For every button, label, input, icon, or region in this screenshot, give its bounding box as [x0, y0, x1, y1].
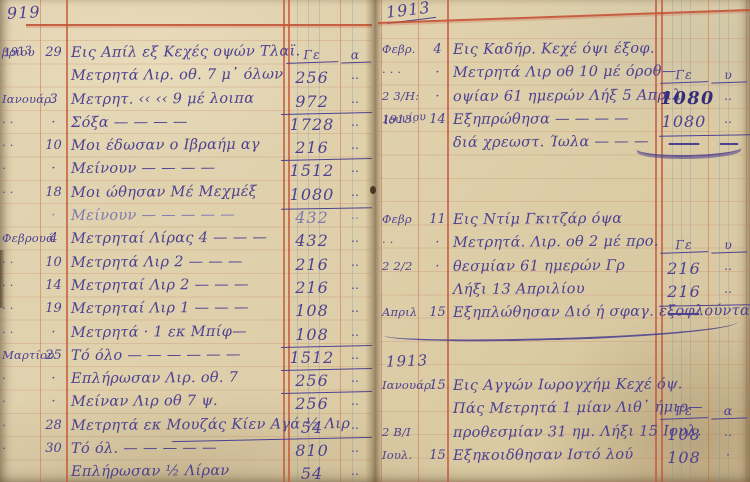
page-edge-shadow [0, 250, 5, 308]
cell-amount: 108 [660, 425, 708, 444]
cell-day: · [41, 371, 66, 386]
ledger-row: Μετρητά Λιρ. οθ. 7 μ᾽ όλων256‥ [0, 68, 372, 91]
cell-amount: 54 [286, 464, 338, 482]
cell-desc: Μετρηταί Λιρ 2 — — — [71, 277, 249, 294]
cell-desc: Πάς Μετρητά 1 μίαν Λιθ᾽ ήμιρ— [453, 400, 658, 417]
cell-amount: 1080 [660, 112, 708, 131]
cell-desc: Μείνουν — — — — — [71, 207, 235, 224]
cell-month: 2 Β/Ι [382, 425, 424, 439]
cell-day: · [41, 394, 66, 409]
ledger-row: · ·10Μοι έδωσαν ο Ιβραήμ αγ216‥ [0, 138, 372, 161]
cell-day: 11 [426, 212, 449, 227]
cell-desc: Μετρηταί Λίρας 4 — — — [71, 230, 267, 247]
cell-month: Φεβρ [382, 212, 424, 226]
ledger-row: · ··Μετρητά. Λιρ. οθ 2 μέ προ.Γευ [378, 235, 750, 258]
cell-month: · · [2, 138, 39, 152]
cell-month: · · [2, 115, 39, 129]
ledger-row: · ·18Μοι ώθησαν Μέ Μεχμέξ1080‥ [0, 185, 372, 208]
cell-desc: Τό όλο — — — — — — [71, 347, 241, 364]
amount-column-header: υ [711, 67, 748, 84]
cell-amount: 1080 [286, 185, 338, 204]
paper-hole [370, 186, 376, 194]
cell-desc: Εις Απίλ εξ Κεχές οψών Τλαϊ. [71, 43, 286, 61]
cell-day: 14 [41, 278, 66, 293]
cell-amount: 1512 [286, 161, 338, 180]
cell-day: 3 [41, 92, 66, 107]
cell-desc: Μοι έδωσαν ο Ιβραήμ αγ [71, 137, 260, 154]
cell-desc: Μετρητά Λιρ 2 — — — [71, 253, 243, 270]
cell-day: 18 [41, 185, 66, 200]
cell-desc: Μετρητά Λιρ. οθ. 7 μ᾽ όλων [71, 67, 283, 84]
cell-desc: Εις Αγγών Ιωρογχήμ Κεχέ όψ. [453, 377, 658, 394]
cell-cents: ‥ [711, 425, 747, 439]
cell-amount: 216 [286, 138, 338, 157]
cell-month: · · [2, 255, 39, 269]
cell-desc: Μείνουν — — — — [71, 160, 216, 177]
cell-amount: 972 [286, 92, 338, 111]
cell-month: · · [2, 278, 39, 292]
cell-cents: ‥ [711, 259, 747, 273]
cell-amount: 1728 [286, 115, 338, 134]
cell-amount: 432 [286, 208, 338, 227]
cell-month: Ιανουάρ. [2, 92, 39, 106]
cell-day: 19 [41, 301, 66, 316]
cell-cents: ‥ [711, 282, 747, 296]
cell-day: · [41, 325, 66, 340]
cell-desc: Σόξα — — — — [71, 114, 188, 131]
cell-day: 14 [426, 112, 449, 127]
ledger-row: · ·14Μετρηταί Λιρ 2 — — —216‥ [0, 278, 372, 301]
cell-day: · [426, 259, 449, 274]
cell-month: · · [2, 185, 39, 199]
ledger-row: Μαρτίου25Τό όλο — — — — — —1512‥ [0, 348, 372, 371]
amount-column-header: α [711, 403, 748, 420]
cell-desc: Μετρητ. ‹‹ ‹‹ 9 μέ λοιπα [71, 90, 254, 107]
cell-month: Ιανουάρ [382, 378, 424, 392]
cell-day: · [426, 65, 449, 80]
cell-cents: · [711, 448, 747, 462]
ledger-row: Πάς Μετρητά 1 μίαν Λιθ᾽ ήμιρ—Γεα [378, 401, 750, 424]
cell-day: · [426, 235, 449, 250]
cell-desc: Μετρητά εκ Μουζάς Κίεν Αγά ½ Λιρ [71, 416, 286, 434]
ledger-row: · · ··Μετρητά Λιρ οθ 10 μέ όροθ—Γευ [378, 65, 750, 88]
ledger-rows-right-top: Φεβρ.4Εις Καδήρ. Κεχέ όψι έξοφ.· · ··Μετ… [378, 42, 750, 158]
cell-desc: Εις Καδήρ. Κεχέ όψι έξοφ. [453, 41, 655, 58]
cell-day: · [41, 161, 66, 176]
cell-month: · [2, 441, 39, 455]
year-heading-left: 919 [7, 2, 41, 23]
cell-cents: ‥ [711, 112, 747, 126]
ledger-row: ··Μείναν Λιρ οθ 7 ψ.256‥ [0, 394, 372, 417]
year-heading-right-2: 1913 [386, 351, 429, 370]
cell-desc: Μοι ώθησαν Μέ Μεχμέξ [71, 183, 257, 200]
cell-month: · [2, 418, 39, 432]
cell-amount: 256 [286, 371, 338, 390]
cell-day: 28 [41, 418, 66, 433]
cell-day: 15 [426, 448, 449, 463]
cell-day: 15 [426, 378, 449, 393]
ledger-row: ··Μείνουν — — — —1512‥ [0, 161, 372, 184]
cell-month: Φεβρουά [2, 231, 39, 245]
cell-month: · · [2, 301, 39, 315]
ledger-rows-right-middle: Φεβρ11Εις Ντίμ Γκιτζάρ όψα· ··Μετρητά. Λ… [378, 212, 750, 328]
cell-amount: 216 [660, 259, 708, 278]
ledger-row: ··Επλήρωσαν Λιρ. οθ. 7256‥ [0, 371, 372, 394]
cell-desc: Μετρητά Λιρ οθ 10 μέ όροθ— [453, 64, 658, 81]
cell-desc: οψίαν 61 ημερών Λήξ 5 Απριλ. [453, 87, 658, 104]
ledger-left-page: 919 βρίου191329Εις Απίλ εξ Κεχές οψών Τλ… [0, 0, 372, 482]
cell-cents: ‥ [711, 89, 747, 103]
cell-desc: Επλήρωσαν ½ Λίραν [71, 463, 230, 480]
cell-month: · [2, 161, 39, 175]
cell-amount: 216 [286, 255, 338, 274]
ledger-row: 2 Β/Ιπροθεσμίαν 31 ημ. Λήξι 15 Ιουλ.108‥ [378, 425, 750, 448]
cell-month: · · [382, 235, 424, 249]
cell-day: 10 [41, 255, 66, 270]
ledger-photo: 919 βρίου191329Εις Απίλ εξ Κεχές οψών Τλ… [0, 0, 750, 482]
cell-amount: 54 [286, 418, 338, 437]
ledger-row: · ··Μετρητά · 1 εκ Μπίφ—108‥ [0, 325, 372, 348]
cell-day: 30 [41, 441, 66, 456]
ledger-right-page: 1913 Φεβρ.4Εις Καδήρ. Κεχέ όψι έξοφ.· · … [378, 0, 750, 482]
ledger-row: 2 3/Η:·οψίαν 61 ημερών Λήξ 5 Απριλ.1080‥ [378, 89, 750, 112]
cell-month: Ιουλ. [382, 448, 424, 462]
ledger-row: Επλήρωσαν ½ Λίραν54‥ [0, 464, 372, 482]
ledger-row: 2 2/2·θεσμίαν 61 ημερών Γρ216‥ [378, 259, 750, 282]
ledger-row: Ιανουάρ15Εις Αγγών Ιωρογχήμ Κεχέ όψ. [378, 378, 750, 401]
cell-amount: 216 [286, 278, 338, 297]
cell-desc: Μετρητά · 1 εκ Μπίφ— [71, 323, 247, 340]
amount-column-header: Γε [660, 236, 709, 254]
ledger-row: Ιανουάρ.3Μετρητ. ‹‹ ‹‹ 9 μέ λοιπα972‥ [0, 92, 372, 115]
cell-amount: 108 [286, 325, 338, 344]
cell-month: Φεβρ. [382, 42, 424, 56]
cell-month: 2 3/Η: [382, 89, 424, 103]
cell-day: 10 [41, 138, 66, 153]
top-red-rule [26, 24, 372, 26]
cell-amount: ·· ·· [660, 307, 708, 322]
ledger-row: · ·19Μετρηταί Λιρ 1 — — —108‥ [0, 301, 372, 324]
cell-desc: Μετρηταί Λιρ 1 — — — [71, 300, 249, 317]
cell-amount: 810 [286, 441, 338, 460]
cell-amount: 216 [660, 282, 708, 301]
cell-month: 2 2/2 [382, 259, 424, 273]
cell-desc: θεσμίαν 61 ημερών Γρ [453, 257, 625, 274]
cell-amount: 1080 [660, 89, 708, 109]
ledger-row: · ··Σόξα — — — —1728‥ [0, 115, 372, 138]
cell-amount: 108 [660, 448, 708, 467]
cell-day: 4 [426, 42, 449, 57]
ledger-row: Φεβρ.4Εις Καδήρ. Κεχέ όψι έξοφ. [378, 42, 750, 65]
ledger-row: Λήξι 13 Απριλίου216‥ [378, 282, 750, 305]
ledger-row: · ·10Μετρητά Λιρ 2 — — —216‥ [0, 255, 372, 278]
cell-month: · · · [382, 65, 424, 79]
cell-day: · [426, 89, 449, 104]
amount-column-header: Γε [660, 402, 709, 420]
ledger-row: 1913.Ιουνίου14Εξηπρώθησα — — — —1080‥ [378, 112, 750, 135]
ledger-row: Φεβρουά4Μετρηταί Λίρας 4 — — —432‥ [0, 231, 372, 254]
cell-desc: Εξηπλώθησαν Διό ή σφαγ. εξοφλούνται [453, 304, 658, 321]
ledger-row: Ιουλ.15Εξηκοιδθησαν Ιστό λού108· [378, 448, 750, 471]
cell-amount: 256 [286, 394, 338, 413]
cell-day: 25 [41, 348, 66, 363]
cell-amount: 256 [286, 68, 338, 87]
cell-month: · [2, 371, 39, 385]
amount-column-header: Γε [286, 46, 339, 64]
cell-day: · [41, 208, 66, 223]
ledger-row: βρίου191329Εις Απίλ εξ Κεχές οψών Τλαϊ.Γ… [0, 45, 372, 68]
cell-month: · [2, 394, 39, 408]
cell-desc: Τό όλ. — — — — — [71, 440, 217, 457]
ledger-row: ·30Τό όλ. — — — — —810‥ [0, 441, 372, 464]
cell-desc: Επλήρωσαν Λιρ. οθ. 7 [71, 370, 238, 387]
cell-month: Απριλ [382, 305, 424, 319]
cell-desc: Λήξι 13 Απριλίου [453, 281, 585, 298]
cell-month: · · [2, 325, 39, 339]
ledger-rows-left: βρίου191329Εις Απίλ εξ Κεχές οψών Τλαϊ.Γ… [0, 45, 372, 482]
cell-desc: Μετρητά. Λιρ. οθ 2 μέ προ. [453, 234, 658, 251]
cell-day: · [41, 115, 66, 130]
cell-amount: 108 [286, 301, 338, 320]
cell-day: 15 [426, 305, 449, 320]
ledger-rows-right-bottom: Ιανουάρ15Εις Αγγών Ιωρογχήμ Κεχέ όψ.Πάς … [378, 378, 750, 471]
cell-desc: Μείναν Λιρ οθ 7 ψ. [71, 393, 218, 410]
amount-column-header: υ [711, 237, 748, 254]
cell-desc: Εξηκοιδθησαν Ιστό λού [453, 447, 634, 464]
cell-day: 29 [41, 45, 66, 60]
cell-desc: Εις Ντίμ Γκιτζάρ όψα [453, 211, 622, 228]
cell-day: 4 [41, 231, 66, 246]
cell-desc: προθεσμίαν 31 ημ. Λήξι 15 Ιουλ. [453, 423, 658, 440]
cell-desc: διά χρεωστ. Ίωλα — — — [453, 134, 649, 151]
cell-amount: 432 [286, 231, 338, 250]
cell-desc: Εξηπρώθησα — — — — [453, 111, 629, 128]
amount-column-header: Γε [660, 66, 709, 84]
cell-month: Μαρτίου [2, 348, 39, 362]
ledger-row: Φεβρ11Εις Ντίμ Γκιτζάρ όψα [378, 212, 750, 235]
ledger-row: ·Μείνουν — — — — —432‥ [0, 208, 372, 231]
cell-amount: 1512 [286, 348, 338, 367]
